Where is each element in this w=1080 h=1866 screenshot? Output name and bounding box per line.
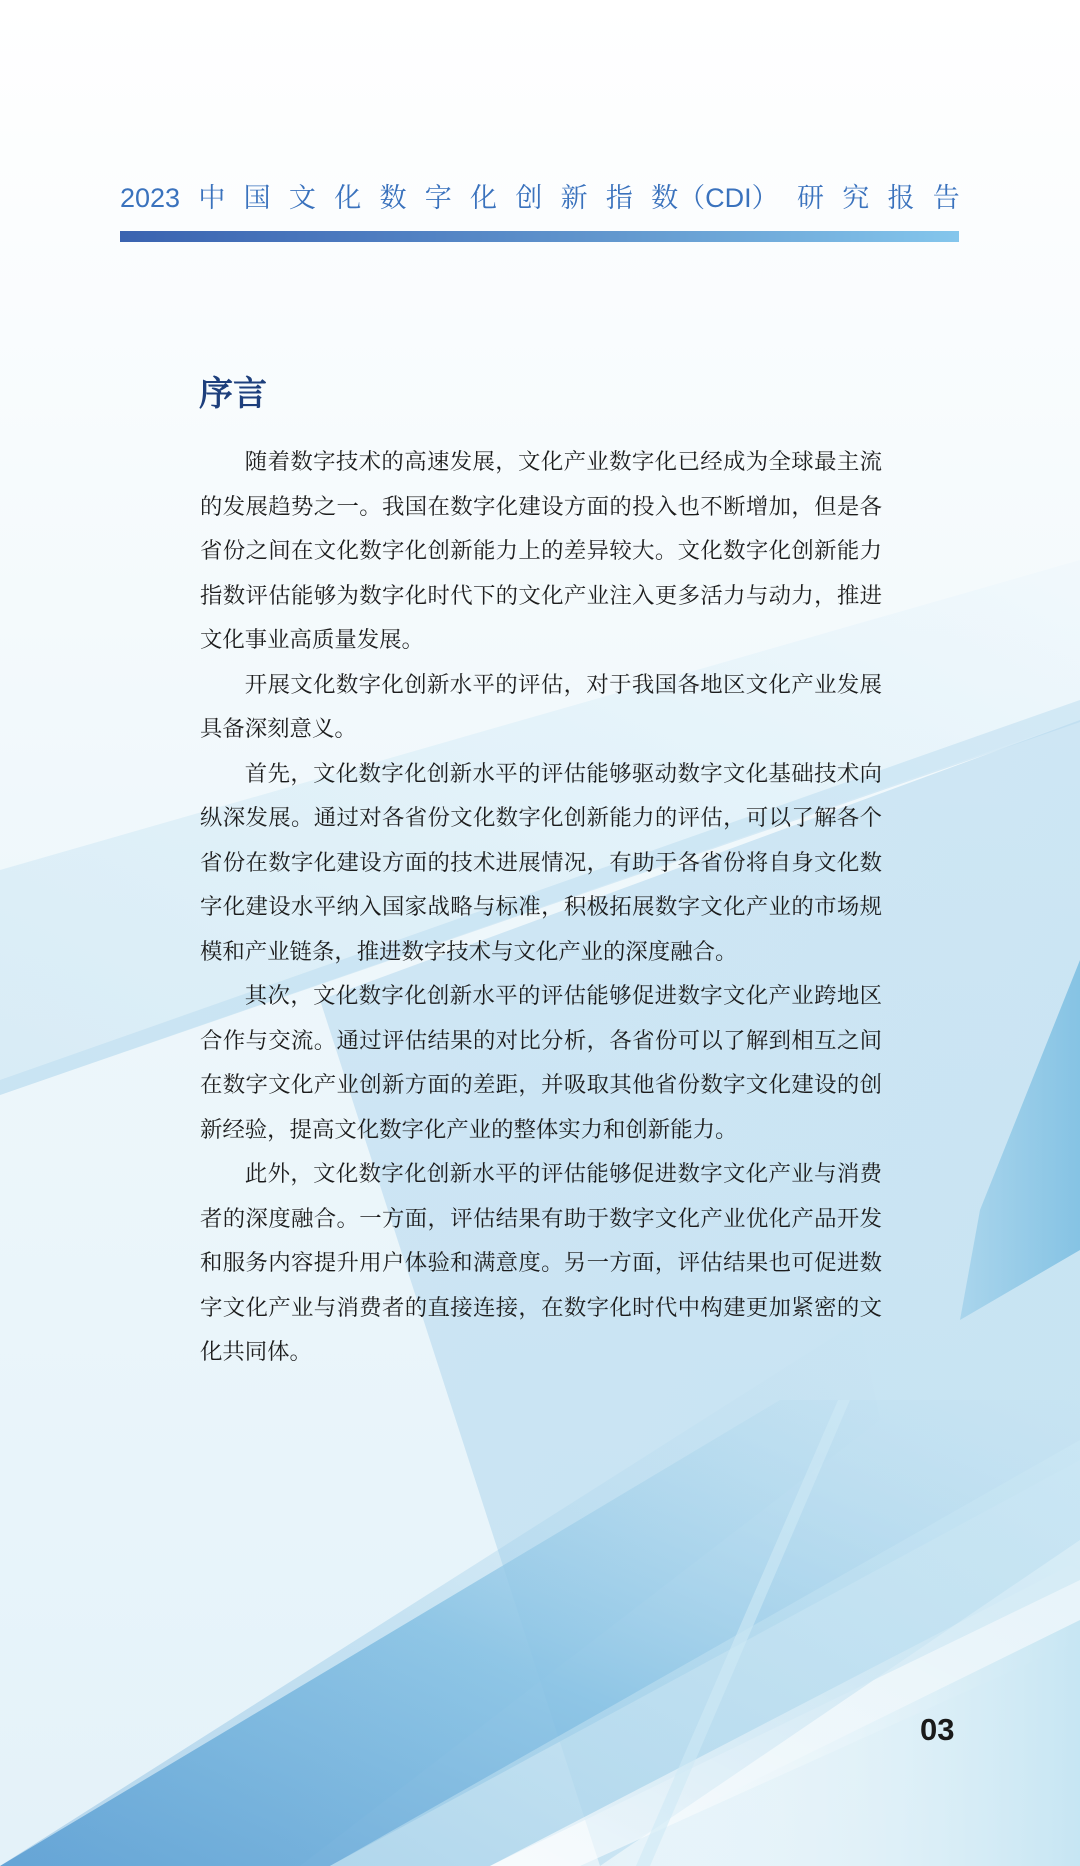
paragraph: 开展文化数字化创新水平的评估，对于我国各地区文化产业发展具备深刻意义。 — [200, 663, 882, 752]
report-title-part: 研 — [797, 180, 824, 216]
page-number: 03 — [920, 1712, 954, 1748]
section-title: 序言 — [199, 372, 267, 416]
report-title-part: 新 — [561, 180, 588, 216]
report-title-part: 数（CDI） — [651, 180, 779, 216]
paragraph: 首先，文化数字化创新水平的评估能够驱动数字文化基础技术向纵深发展。通过对各省份文… — [200, 752, 882, 975]
report-title-part: 告 — [933, 180, 960, 216]
report-title-part: 创 — [515, 180, 542, 216]
report-title-part: 化 — [334, 180, 361, 216]
paragraph: 随着数字技术的高速发展，文化产业数字化已经成为全球最主流的发展趋势之一。我国在数… — [200, 440, 882, 663]
report-title: 2023 中 国 文 化 数 字 化 创 新 指 数（CDI） 研 究 报 告 — [120, 180, 960, 216]
paragraph: 其次，文化数字化创新水平的评估能够促进数字文化产业跨地区合作与交流。通过评估结果… — [200, 974, 882, 1152]
report-title-part: 化 — [470, 180, 497, 216]
paragraph: 此外，文化数字化创新水平的评估能够促进数字文化产业与消费者的深度融合。一方面，评… — [200, 1152, 882, 1375]
report-title-part: 究 — [842, 180, 869, 216]
page-header: 2023 中 国 文 化 数 字 化 创 新 指 数（CDI） 研 究 报 告 — [120, 180, 960, 216]
report-title-part: 中 — [198, 180, 225, 216]
report-title-part: 指 — [606, 180, 633, 216]
report-title-part: 2023 — [120, 180, 180, 216]
preface-body: 随着数字技术的高速发展，文化产业数字化已经成为全球最主流的发展趋势之一。我国在数… — [200, 440, 882, 1375]
report-title-part: 字 — [425, 180, 452, 216]
report-title-part: 报 — [888, 180, 915, 216]
report-title-part: 国 — [244, 180, 271, 216]
header-gradient-bar — [120, 231, 959, 242]
report-title-part: 文 — [289, 180, 316, 216]
report-title-part: 数 — [379, 180, 406, 216]
